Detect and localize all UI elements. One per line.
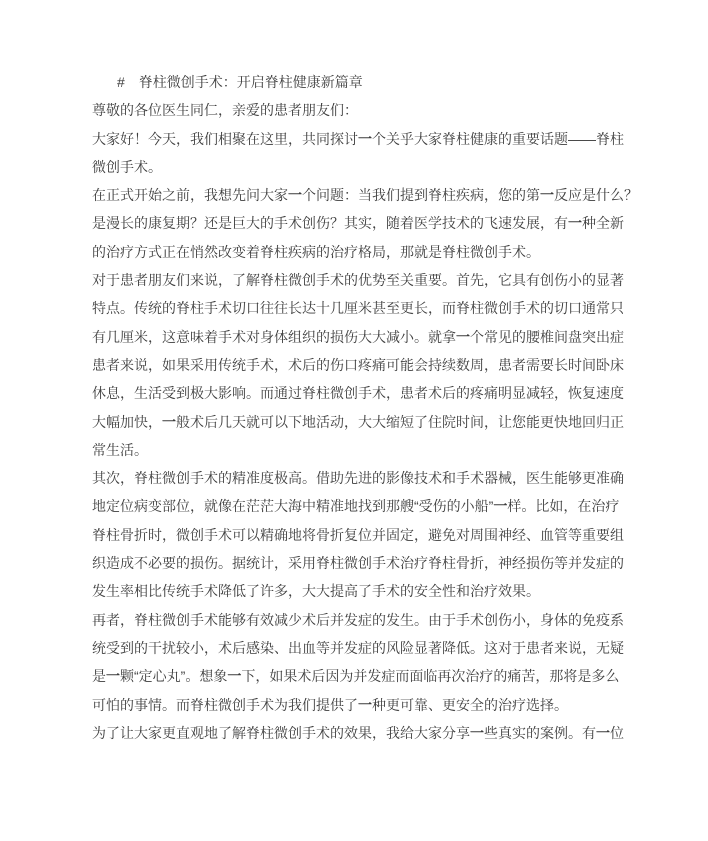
text-line: 发生率相比传统手术降低了许多，大大提高了手术的安全性和治疗效果。: [92, 577, 652, 605]
text-line: 脊柱骨折时，微创手术可以精确地将骨折复位并固定，避免对周围神经、血管等重要组: [92, 521, 652, 549]
text-line: 再者，脊柱微创手术能够有效减少术后并发症的发生。由于手术创伤小，身体的免疫系: [92, 606, 652, 634]
text-line: 有几厘米，这意味着手术对身体组织的损伤大大减小。就拿一个常见的腰椎间盘突出症: [92, 323, 652, 351]
text-line: 的治疗方式正在悄然改变着脊柱疾病的治疗格局，那就是脊柱微创手术。: [92, 238, 652, 266]
document-title: # 脊柱微创手术：开启脊柱健康新篇章: [92, 68, 652, 96]
text-line: 大幅加快，一般术后几天就可以下地活动，大大缩短了住院时间，让您能更快地回归正: [92, 408, 652, 436]
text-line: 是一颗“定心丸”。想象一下，如果术后因为并发症而面临再次治疗的痛苦，那将是多么: [92, 662, 652, 690]
text-line: 大家好！今天，我们相聚在这里，共同探讨一个关乎大家脊柱健康的重要话题——脊柱: [92, 125, 652, 153]
document-paragraph-lines: 尊敬的各位医生同仁，亲爱的患者朋友们：大家好！今天，我们相聚在这里，共同探讨一个…: [92, 96, 652, 747]
text-line: 特点。传统的脊柱手术切口往往长达十几厘米甚至更长，而脊柱微创手术的切口通常只: [92, 294, 652, 322]
text-line: 患者来说，如果采用传统手术，术后的伤口疼痛可能会持续数周，患者需要长时间卧床: [92, 351, 652, 379]
text-line: 织造成不必要的损伤。据统计，采用脊柱微创手术治疗脊柱骨折，神经损伤等并发症的: [92, 549, 652, 577]
text-line: 休息，生活受到极大影响。而通过脊柱微创手术，患者术后的疼痛明显减轻，恢复速度: [92, 379, 652, 407]
text-line: 地定位病变部位，就像在茫茫大海中精准地找到那艘“受伤的小船”一样。比如，在治疗: [92, 492, 652, 520]
text-line: 统受到的干扰较小，术后感染、出血等并发症的风险显著降低。这对于患者来说，无疑: [92, 634, 652, 662]
text-line: 常生活。: [92, 436, 652, 464]
document-page: # 脊柱微创手术：开启脊柱健康新篇章 尊敬的各位医生同仁，亲爱的患者朋友们：大家…: [0, 0, 708, 841]
text-line: 其次，脊柱微创手术的精准度极高。借助先进的影像技术和手术器械，医生能够更准确: [92, 464, 652, 492]
text-line: 是漫长的康复期？还是巨大的手术创伤？其实，随着医学技术的飞速发展，有一种全新: [92, 209, 652, 237]
text-line: 尊敬的各位医生同仁，亲爱的患者朋友们：: [92, 96, 652, 124]
document-body: # 脊柱微创手术：开启脊柱健康新篇章 尊敬的各位医生同仁，亲爱的患者朋友们：大家…: [92, 68, 652, 747]
text-line: 微创手术。: [92, 153, 652, 181]
text-line: 在正式开始之前，我想先问大家一个问题：当我们提到脊柱疾病，您的第一反应是什么？: [92, 181, 652, 209]
text-line: 对于患者朋友们来说，了解脊柱微创手术的优势至关重要。首先，它具有创伤小的显著: [92, 266, 652, 294]
text-line: 可怕的事情。而脊柱微创手术为我们提供了一种更可靠、更安全的治疗选择。: [92, 691, 652, 719]
text-line: 为了让大家更直观地了解脊柱微创手术的效果，我给大家分享一些真实的案例。有一位: [92, 719, 652, 747]
